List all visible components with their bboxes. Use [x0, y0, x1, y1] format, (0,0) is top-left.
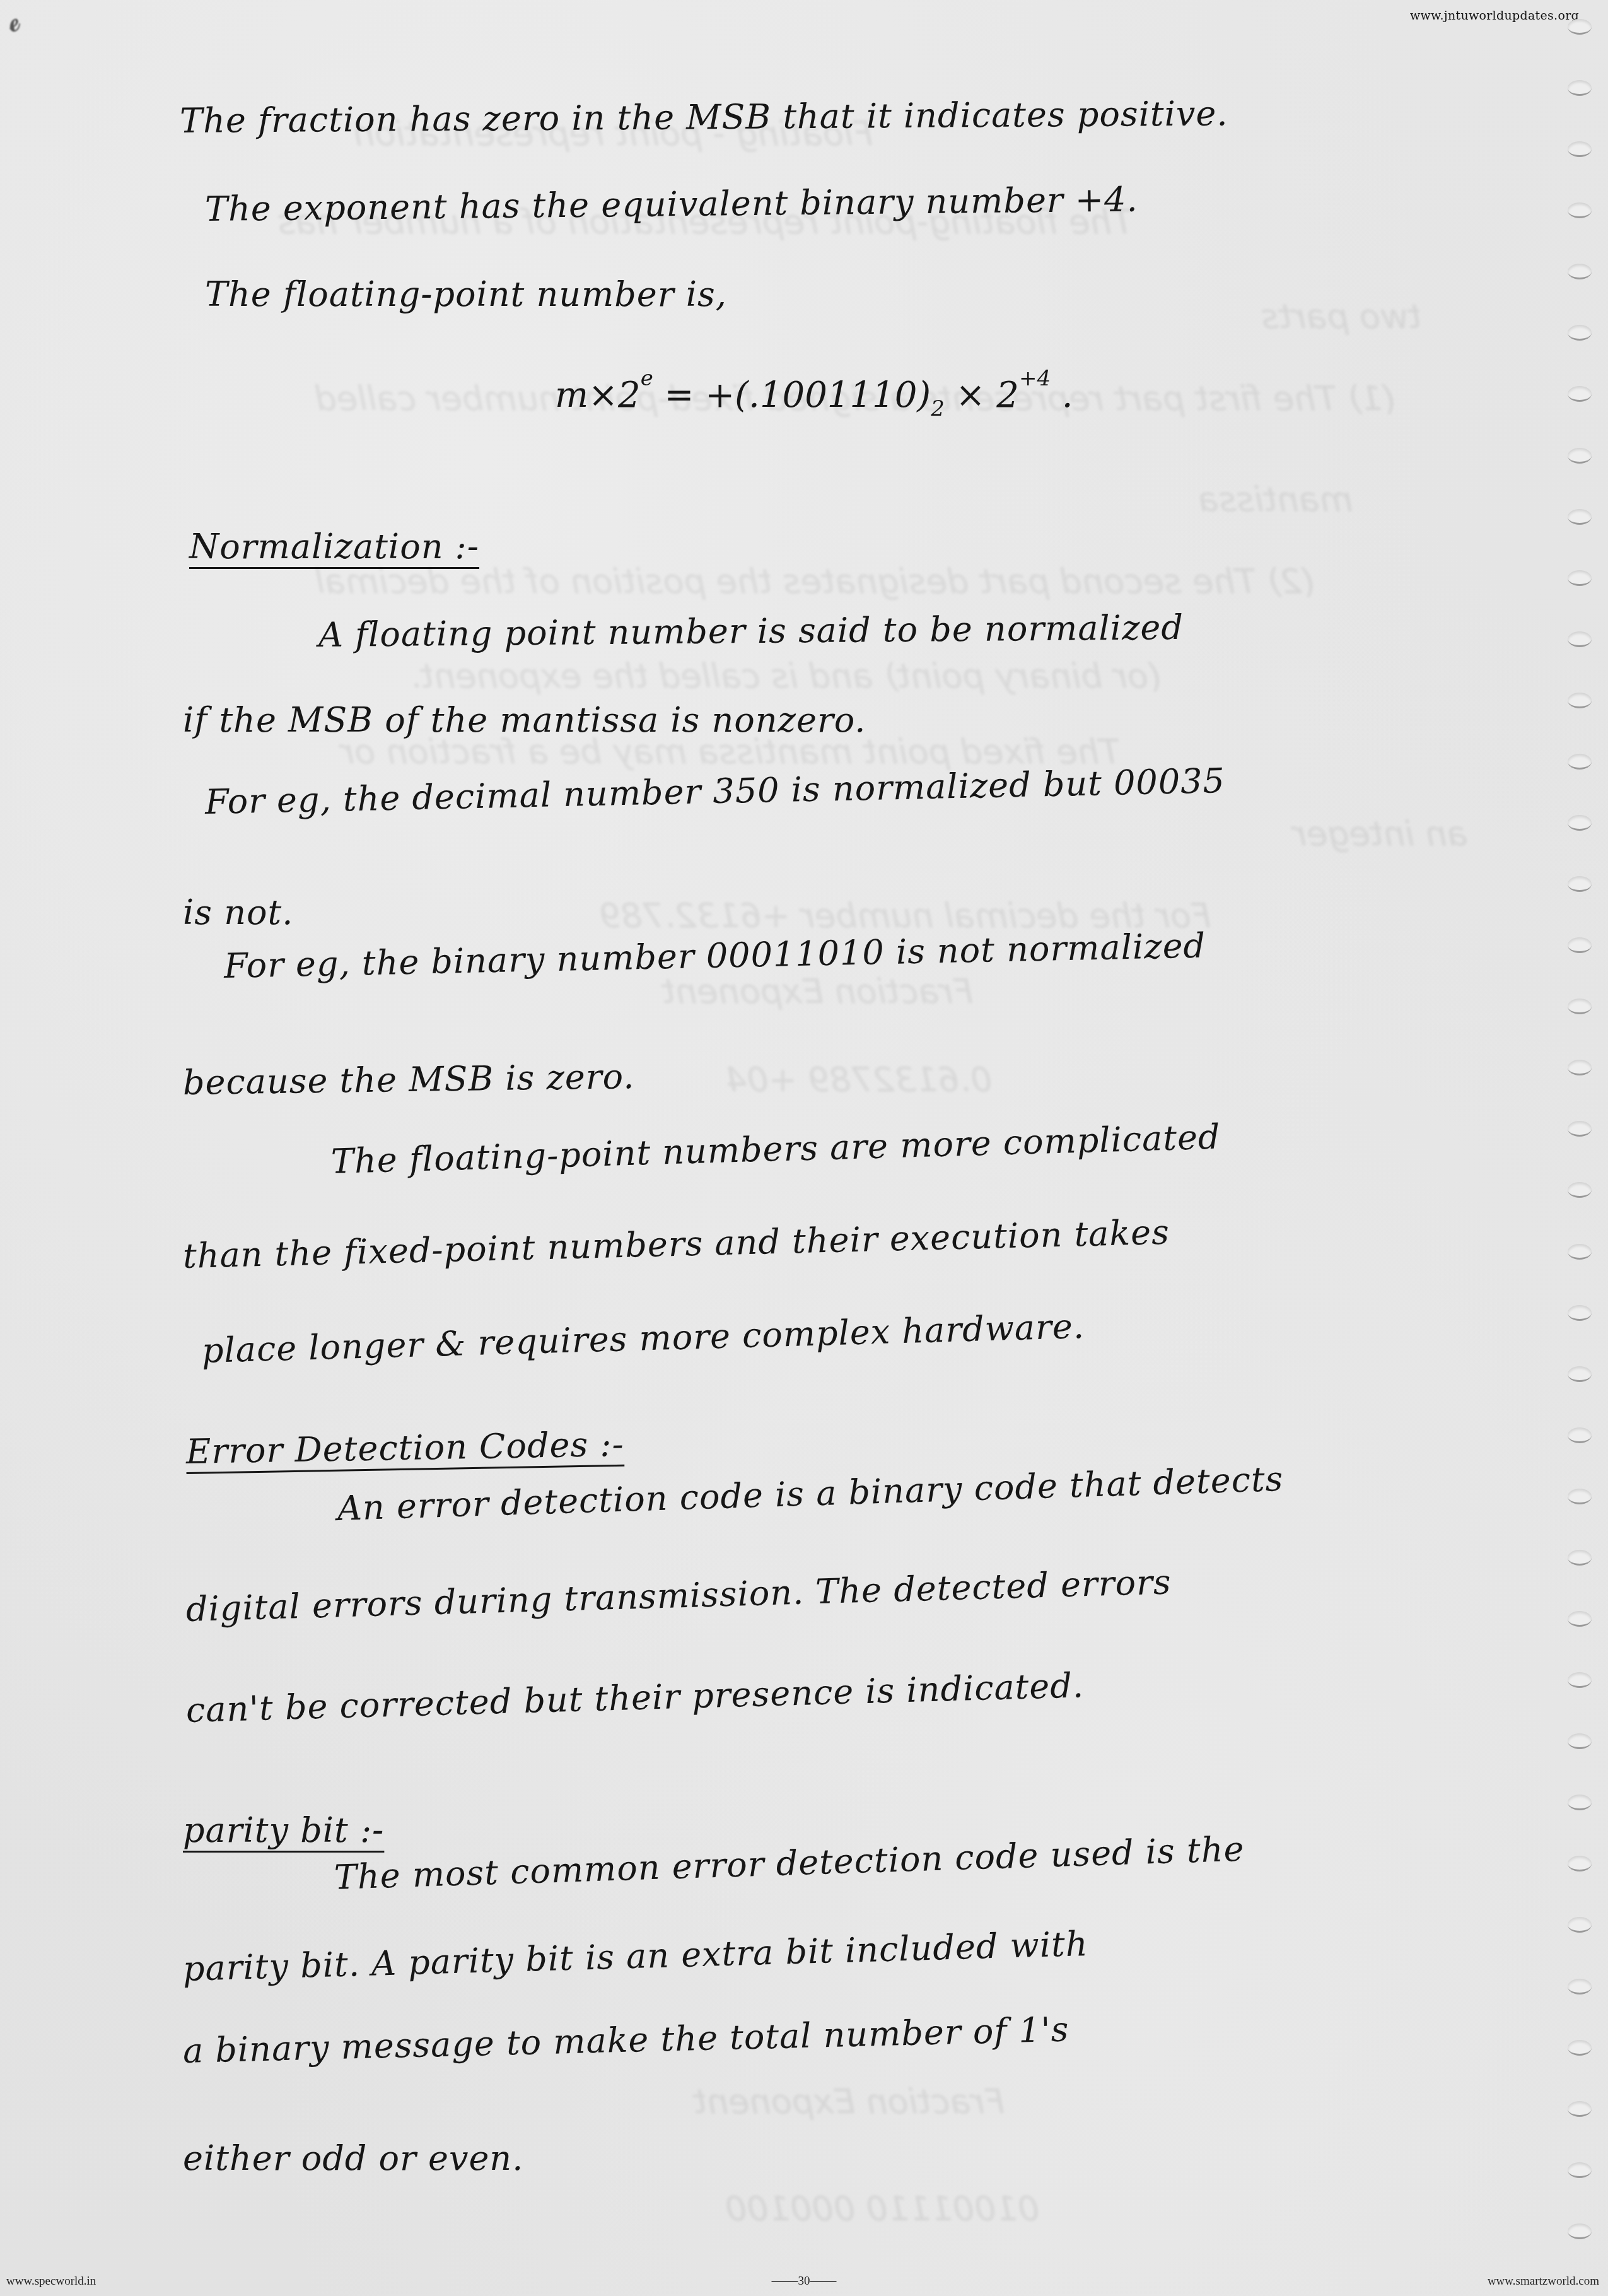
- binding-hole: [1568, 509, 1592, 525]
- binding-hole: [1568, 19, 1592, 35]
- binding-hole: [1568, 1917, 1592, 1933]
- text-line: because the MSB is zero.: [183, 1057, 635, 1103]
- binding-hole: [1568, 693, 1592, 708]
- text-line: than the fixed-point numbers and their e…: [182, 1212, 1170, 1276]
- formula-base: 2: [931, 396, 945, 421]
- binding-hole: [1568, 1733, 1592, 1749]
- bleed-through-text: mantissa: [1198, 479, 1353, 519]
- binding-hole: [1568, 1121, 1592, 1137]
- text-line: a binary message to make the total numbe…: [182, 2010, 1069, 2071]
- text-line: is not.: [183, 893, 293, 932]
- bleed-through-text: (2) The second part designates the posit…: [315, 561, 1315, 601]
- page-number: 30: [772, 2275, 837, 2288]
- bleed-through-text: an integer: [1293, 814, 1468, 853]
- binding-hole: [1568, 631, 1592, 647]
- bleed-through-text: (or binary point) and is called the expo…: [410, 656, 1162, 696]
- text-line: either odd or even.: [183, 2138, 523, 2178]
- binding-hole: [1568, 2101, 1592, 2117]
- text-line: digital errors during transmission. The …: [185, 1562, 1172, 1629]
- binding-hole: [1568, 141, 1592, 157]
- binding-hole: [1568, 325, 1592, 341]
- section-heading-error-detection: Error Detection Codes :-: [185, 1424, 624, 1472]
- formula-mantissa: = +(.1001110): [653, 375, 931, 416]
- binding-hole: [1568, 1672, 1592, 1688]
- section-heading-normalization: Normalization :-: [189, 527, 479, 566]
- corner-scribble: 𝓮: [0, 3, 27, 40]
- binding-hole: [1568, 386, 1592, 402]
- binding-hole: [1568, 80, 1592, 96]
- bleed-through-text: 0.6132789 +04: [725, 1060, 992, 1099]
- section-heading-parity-bit: parity bit :-: [183, 1810, 384, 1850]
- binding-hole: [1568, 570, 1592, 586]
- binding-hole: [1568, 1550, 1592, 1566]
- binding-hole: [1568, 1305, 1592, 1321]
- binding-hole: [1568, 815, 1592, 831]
- text-line: The exponent has the equivalent binary n…: [205, 180, 1138, 229]
- binding-hole: [1568, 264, 1592, 279]
- text-line: A floating point number is said to be no…: [318, 607, 1184, 655]
- binding-hole: [1568, 1060, 1592, 1075]
- text-line: parity bit. A parity bit is an extra bit…: [182, 1924, 1088, 1989]
- page-number-rule-right: [810, 2281, 837, 2282]
- binding-hole: [1568, 1366, 1592, 1382]
- text-line: An error detection code is a binary code…: [337, 1459, 1284, 1528]
- formula-lhs: m×2: [555, 375, 641, 416]
- text-line: can't be corrected but their presence is…: [185, 1665, 1085, 1730]
- binding-hole: [1568, 1244, 1592, 1260]
- binding-hole: [1568, 2162, 1592, 2178]
- text-line: The fraction has zero in the MSB that it…: [180, 93, 1228, 141]
- spiral-binding: [1568, 19, 1597, 2239]
- bleed-through-text: 01001110 000100: [725, 2189, 1039, 2229]
- footer-left-url: www.specworld.in: [6, 2275, 96, 2288]
- text-line: place longer & requires more complex har…: [201, 1306, 1085, 1371]
- binding-hole: [1568, 2223, 1592, 2239]
- formula-exponent: +4: [1019, 366, 1051, 391]
- binding-hole: [1568, 937, 1592, 953]
- footer-right-url: www.smartzworld.com: [1488, 2275, 1599, 2288]
- page-number-text: 30: [798, 2275, 810, 2288]
- binding-hole: [1568, 1979, 1592, 1994]
- binding-hole: [1568, 1856, 1592, 1871]
- scanned-notes-page: Floating - point representation The floa…: [0, 0, 1608, 2296]
- bleed-through-text: Fraction Exponent: [662, 971, 973, 1011]
- binding-hole: [1568, 876, 1592, 892]
- text-line: The most common error detection code use…: [334, 1829, 1245, 1897]
- bleed-through-text: two parts: [1261, 296, 1421, 336]
- binding-hole: [1568, 1427, 1592, 1443]
- floating-point-formula: m×2e = +(.1001110)2 × 2+4 .: [555, 366, 1073, 421]
- binding-hole: [1568, 202, 1592, 218]
- binding-hole: [1568, 448, 1592, 464]
- binding-hole: [1568, 1611, 1592, 1627]
- bleed-through-text: Fraction Exponent: [694, 2082, 1005, 2121]
- text-line: For eg, the decimal number 350 is normal…: [204, 761, 1225, 822]
- text-line: if the MSB of the mantissa is nonzero.: [183, 700, 866, 740]
- formula-lhs-exponent: e: [641, 366, 653, 391]
- text-line: The floating-point number is,: [205, 274, 727, 314]
- text-line: The floating-point numbers are more comp…: [330, 1117, 1221, 1181]
- binding-hole: [1568, 1182, 1592, 1198]
- binding-hole: [1568, 2040, 1592, 2056]
- page-number-rule-left: [772, 2281, 798, 2282]
- binding-hole: [1568, 1489, 1592, 1504]
- binding-hole: [1568, 754, 1592, 770]
- formula-radix: × 2: [945, 375, 1019, 416]
- header-watermark-url: www.jntuworldupdates.org: [1410, 9, 1579, 23]
- binding-hole: [1568, 1795, 1592, 1810]
- text-line: For eg, the binary number 00011010 is no…: [223, 925, 1206, 986]
- binding-hole: [1568, 999, 1592, 1014]
